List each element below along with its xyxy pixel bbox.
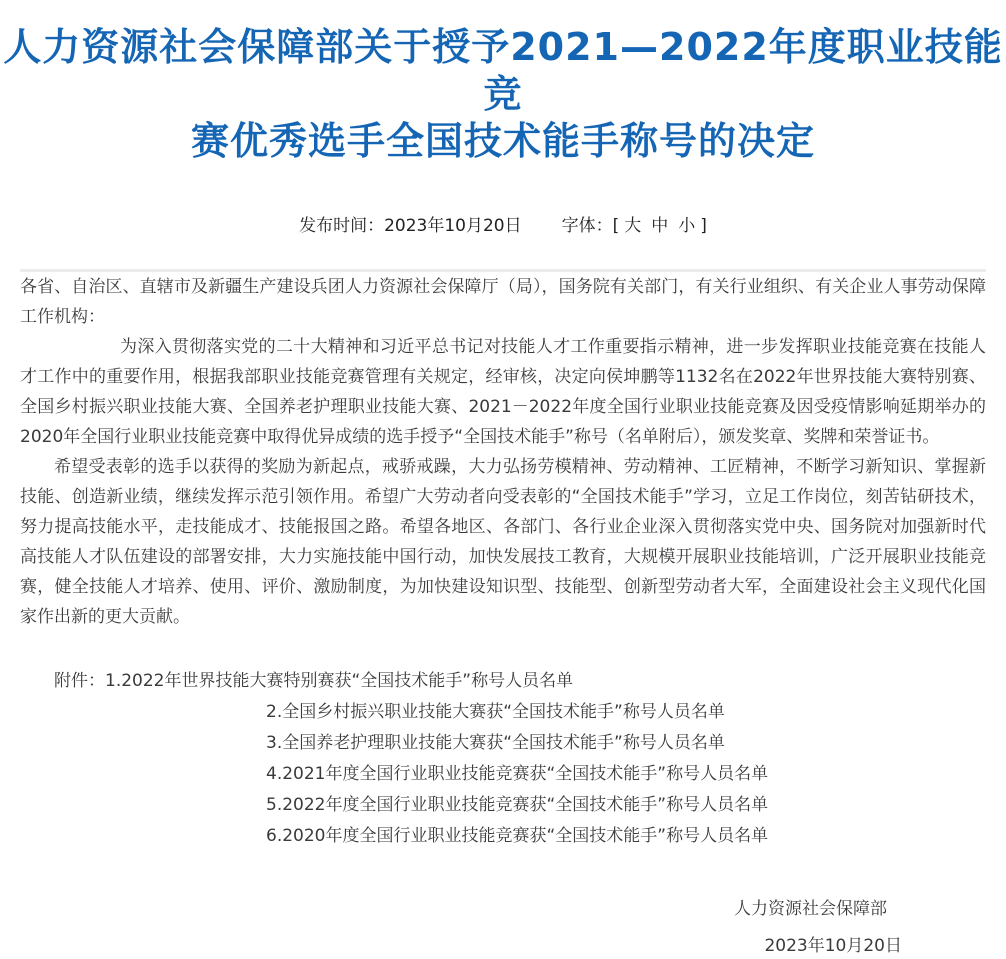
title-line-2: 赛优秀选手全国技术能手称号的决定 [0, 118, 1006, 165]
paragraph-hope: 希望受表彰的选手以获得的奖励为新起点，戒骄戒躁，大力弘扬劳模精神、劳动精神、工匠… [20, 452, 986, 632]
page-title: 人力资源社会保障部关于授予2021—2022年度职业技能竞 赛优秀选手全国技术能… [0, 24, 1006, 165]
attachment-item-1[interactable]: 附件：1.2022年世界技能大赛特别赛获“全国技术能手”称号人员名单 [20, 666, 986, 697]
attachment-item-3[interactable]: 3.全国养老护理职业技能大赛获“全国技术能手”称号人员名单 [20, 728, 986, 759]
document-body: 各省、自治区、直辖市及新疆生产建设兵团人力资源社会保障厅（局），国务院有关部门，… [0, 272, 1006, 959]
font-size-control: 字体：[大中小] [562, 216, 707, 236]
signature-date: 2023年10月20日 [20, 933, 986, 959]
attachment-item-6[interactable]: 6.2020年度全国行业职业技能竞赛获“全国技术能手”称号人员名单 [20, 821, 986, 852]
paragraph-decision: 为深入贯彻落实党的二十大精神和习近平总书记对技能人才工作重要指示精神，进一步发挥… [20, 332, 986, 452]
signature-block: 人力资源社会保障部 2023年10月20日 [20, 896, 986, 959]
bracket-close: ] [700, 216, 707, 236]
signature-org: 人力资源社会保障部 [20, 896, 986, 922]
font-size-large[interactable]: 大 [619, 216, 646, 236]
publish-time-label: 发布时间： [299, 216, 384, 236]
publish-time-value: 2023年10月20日 [384, 216, 522, 236]
meta-line: 发布时间：2023年10月20日字体：[大中小] [0, 215, 1006, 237]
attachments-section: 附件：1.2022年世界技能大赛特别赛获“全国技术能手”称号人员名单 2.全国乡… [20, 666, 986, 852]
attachment-item-4[interactable]: 4.2021年度全国行业职业技能竞赛获“全国技术能手”称号人员名单 [20, 759, 986, 790]
document-header: 人力资源社会保障部关于授予2021—2022年度职业技能竞 赛优秀选手全国技术能… [0, 0, 1006, 237]
paragraph-salutation: 各省、自治区、直辖市及新疆生产建设兵团人力资源社会保障厅（局），国务院有关部门，… [20, 272, 986, 332]
font-size-medium[interactable]: 中 [646, 216, 673, 236]
attachment-item-5[interactable]: 5.2022年度全国行业职业技能竞赛获“全国技术能手”称号人员名单 [20, 790, 986, 821]
document-page: 人力资源社会保障部关于授予2021—2022年度职业技能竞 赛优秀选手全国技术能… [0, 0, 1006, 959]
font-size-label: 字体： [562, 216, 613, 236]
title-line-1: 人力资源社会保障部关于授予2021—2022年度职业技能竞 [0, 24, 1006, 118]
attachment-item-2[interactable]: 2.全国乡村振兴职业技能大赛获“全国技术能手”称号人员名单 [20, 697, 986, 728]
font-size-small[interactable]: 小 [673, 216, 700, 236]
